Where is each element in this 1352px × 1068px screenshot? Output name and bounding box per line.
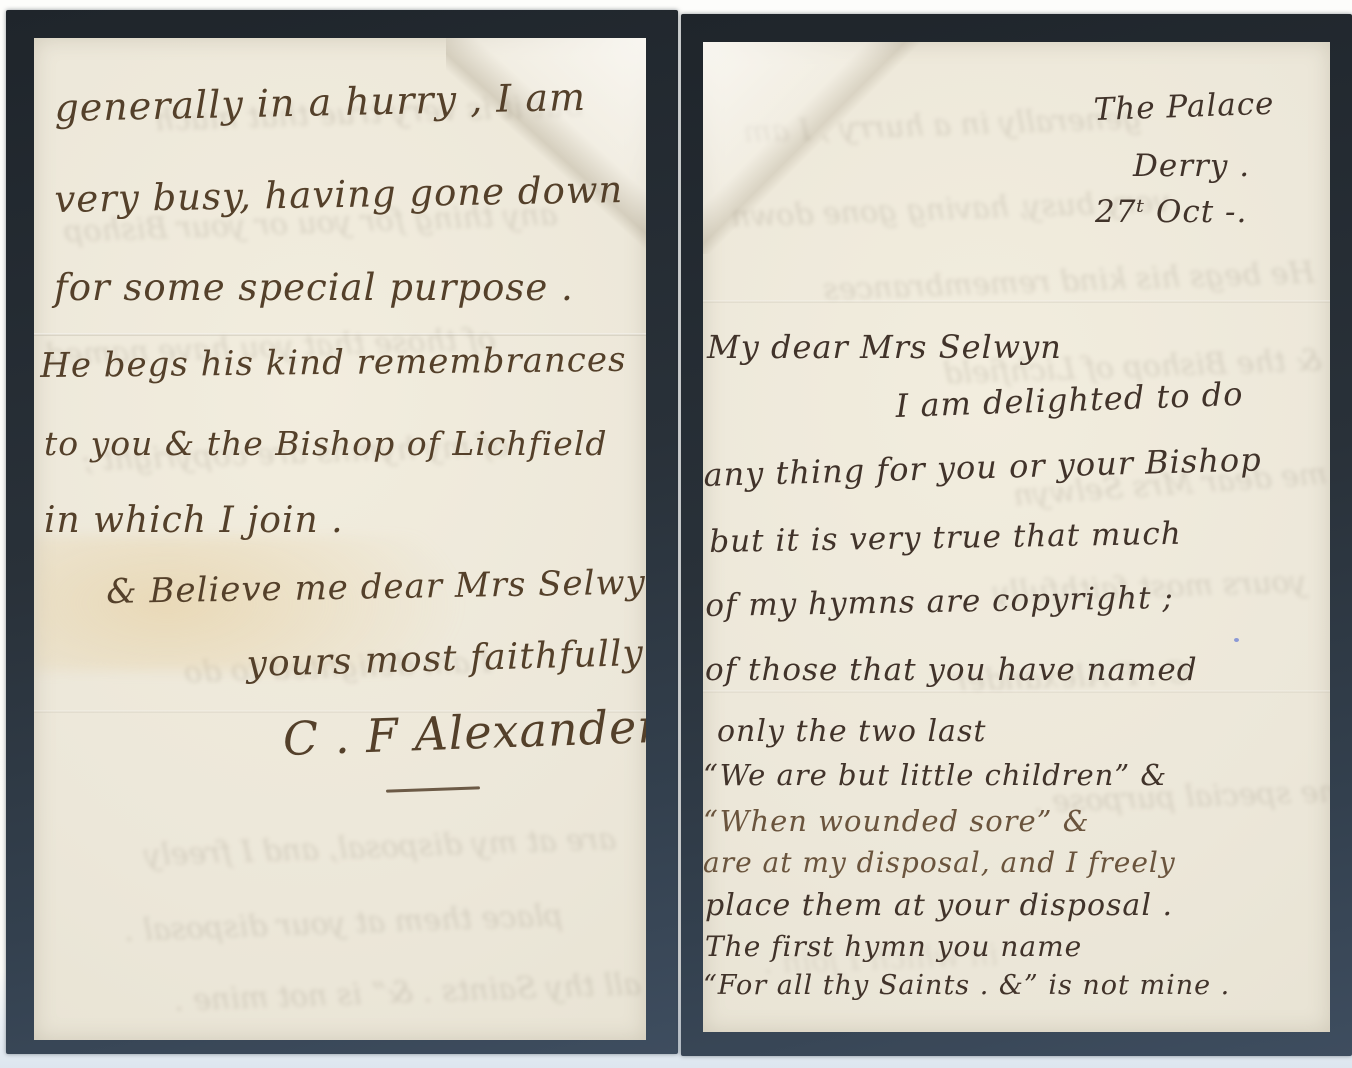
date-line: 27ᵗ Oct -.: [1095, 194, 1247, 230]
handwriting-line: “We are but little children” &: [703, 758, 1167, 792]
signature: C . F Alexander: [282, 699, 646, 766]
mount-frame-left: but it is very true that much any thing …: [6, 10, 678, 1054]
handwriting-line: “When wounded sore” &: [703, 804, 1090, 838]
handwriting-line: & Believe me dear Mrs Selwyn: [106, 562, 646, 612]
handwriting-line: for some special purpose .: [54, 266, 574, 309]
mount-frame-right: generally in a hurry , I am very busy, h…: [681, 14, 1352, 1056]
paper-crease: [34, 333, 646, 336]
address-line: Derry .: [1133, 148, 1250, 184]
signature-flourish: [386, 786, 480, 792]
handwriting-line: only the two last: [717, 714, 986, 749]
paper-crease: [703, 300, 1330, 303]
handwriting-line: are at my disposal, and I freely: [703, 846, 1176, 879]
handwriting-line: to you & the Bishop of Lichfield: [44, 424, 608, 463]
letter-page-right: generally in a hurry , I am very busy, h…: [703, 42, 1330, 1032]
letter-page-left: but it is very true that much any thing …: [34, 38, 646, 1040]
handwriting-line: The first hymn you name: [705, 930, 1082, 963]
ink-showthrough: generally in a hurry , I am: [743, 101, 1142, 150]
handwriting-line: “For all thy Saints . &” is not mine .: [703, 970, 1230, 1001]
handwriting-line: of my hymns are copyright ;: [705, 580, 1174, 624]
handwriting-line: place them at your disposal .: [705, 888, 1173, 923]
ink-showthrough: are at my disposal, and I freely: [144, 822, 617, 873]
handwriting-line: He begs his kind remembrances: [40, 340, 627, 386]
paper-crease: [703, 690, 1330, 693]
ink-showthrough: “For all thy Saints . &” is not mine .: [174, 965, 646, 1019]
scanned-letter-spread: but it is very true that much any thing …: [0, 0, 1352, 1068]
address-line: The Palace: [1093, 86, 1275, 128]
salutation: My dear Mrs Selwyn: [707, 328, 1062, 366]
handwriting-line: of those that you have named: [705, 652, 1198, 688]
handwriting-line: but it is very true that much: [709, 516, 1182, 560]
handwriting-line: in which I join .: [44, 500, 344, 541]
ink-showthrough: place them at your disposal .: [124, 898, 564, 948]
ink-speck: [1234, 638, 1239, 642]
